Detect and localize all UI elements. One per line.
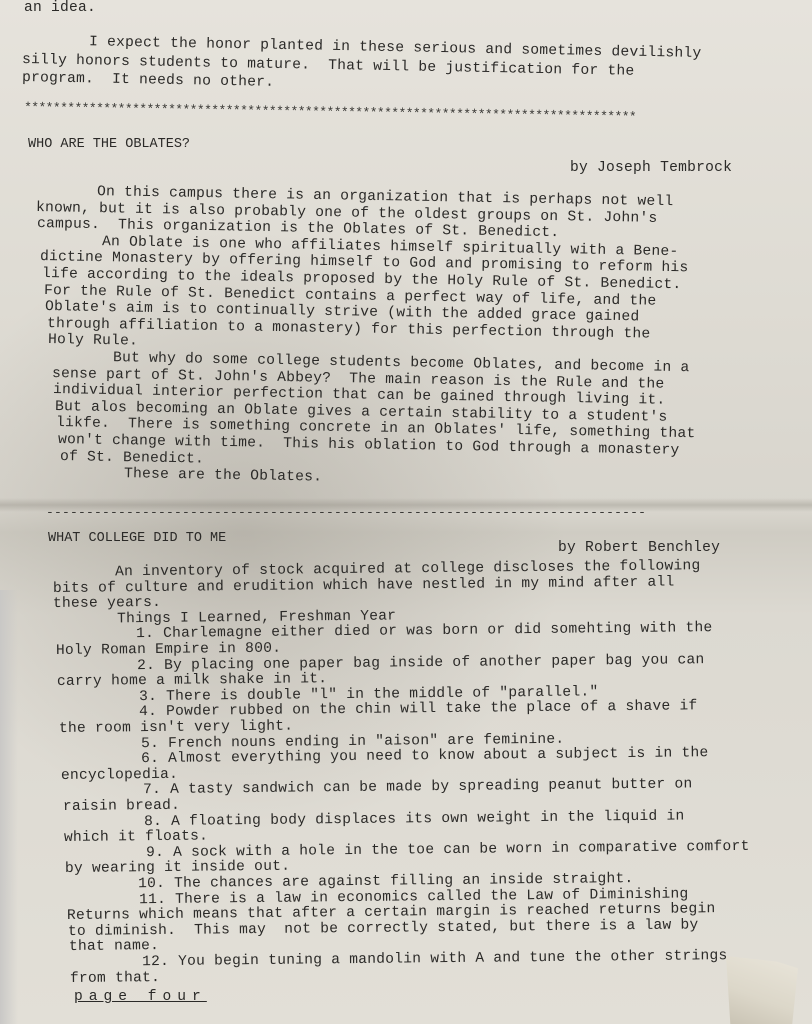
body-line: an idea.: [24, 0, 96, 16]
article-byline: by Robert Benchley: [558, 540, 720, 556]
folded-corner: [726, 956, 798, 1024]
article-title: WHAT COLLEGE DID TO ME: [48, 531, 226, 547]
body-line: These are the Oblates.: [61, 465, 322, 486]
body-line: of St. Benedict.: [59, 449, 203, 468]
body-line: which it floats.: [64, 829, 208, 847]
article-byline: by Joseph Tembrock: [570, 160, 732, 176]
body-line: that name.: [69, 938, 159, 955]
body-line: 12. You begin tuning a mandolin with A a…: [69, 948, 727, 971]
typewritten-page: an idea. I expect the honor planted in t…: [0, 0, 812, 1024]
body-line: program. It needs no other.: [22, 70, 274, 91]
article-title: WHO ARE THE OBLATES?: [28, 137, 190, 153]
body-line: from that.: [70, 970, 160, 987]
dash-separator: ----------------------------------------…: [46, 505, 646, 521]
body-line: Holy Rule.: [48, 332, 138, 350]
body-line: these years.: [53, 595, 161, 612]
page-edge-shadow: [0, 590, 18, 1024]
body-line: raisin bread.: [62, 798, 179, 815]
star-separator: ****************************************…: [24, 100, 636, 126]
page-number-footer: page four: [74, 989, 207, 1005]
